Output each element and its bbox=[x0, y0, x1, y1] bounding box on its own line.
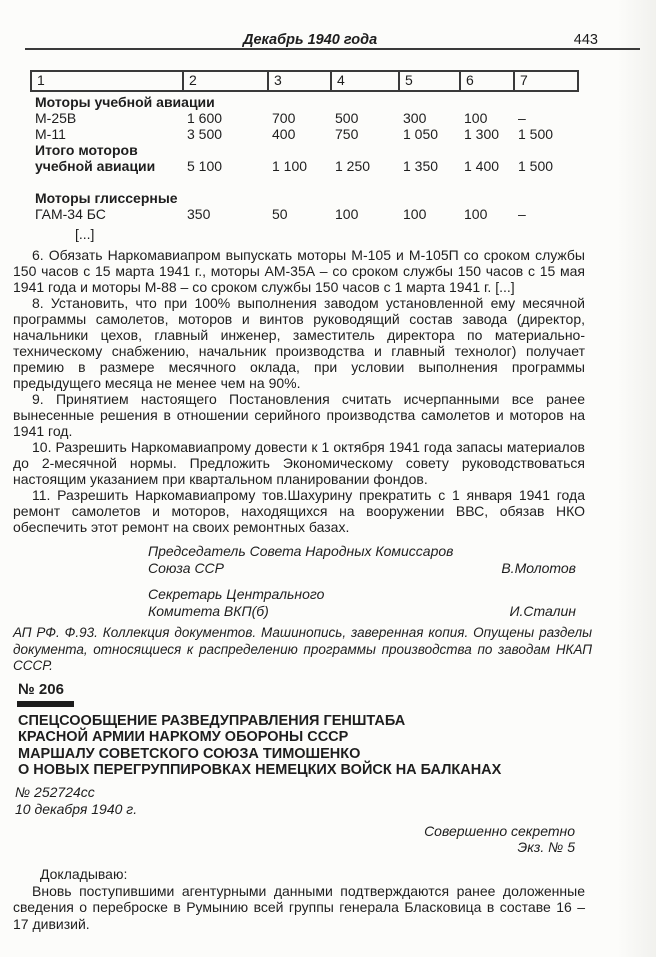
table-header-cell: 1 bbox=[31, 71, 183, 91]
table-header-cell: 6 bbox=[460, 71, 514, 91]
table-spacer bbox=[31, 174, 578, 188]
doc-title-line: КРАСНОЙ АРМИИ НАРКОМУ ОБОРОНЫ СССР bbox=[18, 729, 656, 746]
decree-paragraph: 6. Обязать Наркомавиапром выпускать мото… bbox=[13, 247, 585, 295]
table-cell: 700 bbox=[268, 110, 331, 126]
table-cell: 100 bbox=[331, 206, 399, 222]
table-cell: 1 350 bbox=[399, 142, 460, 174]
total-label-line: Итого моторов bbox=[35, 142, 183, 158]
table-cell: – bbox=[514, 110, 578, 126]
page-number: 443 bbox=[574, 32, 598, 48]
table-cell: 1 300 bbox=[460, 126, 514, 142]
table-cell: 5 100 bbox=[183, 142, 268, 174]
signature-name: И.Сталин bbox=[509, 603, 576, 620]
book-page: Декабрь 1940 года 443 1 2 3 4 5 6 7 Мото… bbox=[0, 0, 656, 957]
table-cell: – bbox=[514, 206, 578, 222]
signature-title: Председатель Совета Народных Комиссаров bbox=[148, 543, 576, 560]
total-label-line: учебной авиации bbox=[35, 158, 183, 174]
signature-name: В.Молотов bbox=[501, 560, 576, 577]
table-cell: 100 bbox=[460, 206, 514, 222]
section-title: Моторы глиссерные bbox=[31, 188, 578, 206]
table-row: М-25В 1 600 700 500 300 100 – bbox=[31, 110, 578, 126]
table-cell: 400 bbox=[268, 126, 331, 142]
table-header-cell: 2 bbox=[183, 71, 268, 91]
doc-title-line: О НОВЫХ ПЕРЕГРУППИРОВКАХ НЕМЕЦКИХ ВОЙСК … bbox=[18, 762, 656, 779]
table-cell: 100 bbox=[460, 110, 514, 126]
doc-title-line: МАРШАЛУ СОВЕТСКОГО СОЮЗА ТИМОШЕНКО bbox=[18, 746, 656, 763]
table-header-cell: 7 bbox=[514, 71, 578, 91]
decree-paragraph: 8. Установить, что при 100% выполнения з… bbox=[13, 295, 585, 391]
signature-section: Председатель Совета Народных Комиссаров … bbox=[13, 543, 576, 620]
section-title: Моторы учебной авиации bbox=[31, 91, 578, 110]
table-header-cell: 4 bbox=[331, 71, 399, 91]
running-head: Декабрь 1940 года 443 bbox=[25, 32, 640, 50]
decree-paragraph: 11. Разрешить Наркомавиапрому тов.Шахури… bbox=[13, 487, 585, 535]
table-cell: 50 bbox=[268, 206, 331, 222]
report-paragraph: Вновь поступившими агентурными данными п… bbox=[13, 883, 585, 933]
archive-note: АП РФ. Ф.93. Коллекция документов. Машин… bbox=[13, 625, 592, 675]
running-head-title: Декабрь 1940 года bbox=[243, 32, 377, 48]
heading-bar bbox=[17, 701, 74, 707]
doc-title: СПЕЦСООБЩЕНИЕ РАЗВЕДУПРАВЛЕНИЯ ГЕНШТАБА … bbox=[18, 713, 656, 779]
table-header-row: 1 2 3 4 5 6 7 bbox=[31, 71, 578, 91]
production-table: 1 2 3 4 5 6 7 Моторы учебной авиации М-2… bbox=[30, 70, 579, 222]
signature-block: Секретарь Центрального Комитета ВКП(б) И… bbox=[13, 586, 576, 620]
table-cell: 1 500 bbox=[514, 126, 578, 142]
table-cell: 100 bbox=[399, 206, 460, 222]
signature-title: Секретарь Центрального bbox=[148, 586, 576, 603]
secrecy-block: Совершенно секретно Экз. № 5 bbox=[0, 823, 575, 856]
doc-date: 10 декабря 1940 г. bbox=[15, 801, 656, 818]
table-cell: 1 500 bbox=[514, 142, 578, 174]
row-label: М-11 bbox=[31, 126, 183, 142]
decree-paragraph: 10. Разрешить Наркомавиапрому довести к … bbox=[13, 439, 585, 487]
doc-number-heading: № 206 bbox=[18, 681, 656, 698]
production-table-wrap: 1 2 3 4 5 6 7 Моторы учебной авиации М-2… bbox=[30, 70, 656, 242]
table-cell: 300 bbox=[399, 110, 460, 126]
secrecy-stamp: Совершенно секретно bbox=[0, 823, 575, 840]
table-cell: 1 600 bbox=[183, 110, 268, 126]
table-cell: 1 050 bbox=[399, 126, 460, 142]
table-cell: 3 500 bbox=[183, 126, 268, 142]
ellipsis-marker: [...] bbox=[75, 226, 656, 242]
table-section-header: Моторы глиссерные bbox=[31, 188, 578, 206]
row-label: М-25В bbox=[31, 110, 183, 126]
table-section-header: Моторы учебной авиации bbox=[31, 91, 578, 110]
table-total-row: Итого моторов учебной авиации 5 100 1 10… bbox=[31, 142, 578, 174]
signature-block: Председатель Совета Народных Комиссаров … bbox=[13, 543, 576, 577]
row-label: ГАМ-34 БС bbox=[31, 206, 183, 222]
table-cell: 1 250 bbox=[331, 142, 399, 174]
table-header-cell: 5 bbox=[399, 71, 460, 91]
table-row: М-11 3 500 400 750 1 050 1 300 1 500 bbox=[31, 126, 578, 142]
table-cell: 1 100 bbox=[268, 142, 331, 174]
row-label: Итого моторов учебной авиации bbox=[31, 142, 183, 174]
doc-references: № 252724сс 10 декабря 1940 г. bbox=[15, 784, 656, 818]
decree-paragraph: 9. Принятием настоящего Постановления сч… bbox=[13, 391, 585, 439]
table-cell: 350 bbox=[183, 206, 268, 222]
report-body: Вновь поступившими агентурными данными п… bbox=[13, 883, 585, 933]
doc-title-line: СПЕЦСООБЩЕНИЕ РАЗВЕДУПРАВЛЕНИЯ ГЕНШТАБА bbox=[18, 713, 656, 730]
table-header-cell: 3 bbox=[268, 71, 331, 91]
table-cell: 500 bbox=[331, 110, 399, 126]
doc-ref-number: № 252724сс bbox=[15, 784, 656, 801]
table-row: ГАМ-34 БС 350 50 100 100 100 – bbox=[31, 206, 578, 222]
salutation: Докладываю: bbox=[13, 866, 656, 882]
table-cell: 1 400 bbox=[460, 142, 514, 174]
copy-number: Экз. № 5 bbox=[0, 839, 575, 856]
decree-paragraphs: 6. Обязать Наркомавиапром выпускать мото… bbox=[13, 247, 585, 535]
table-cell: 750 bbox=[331, 126, 399, 142]
